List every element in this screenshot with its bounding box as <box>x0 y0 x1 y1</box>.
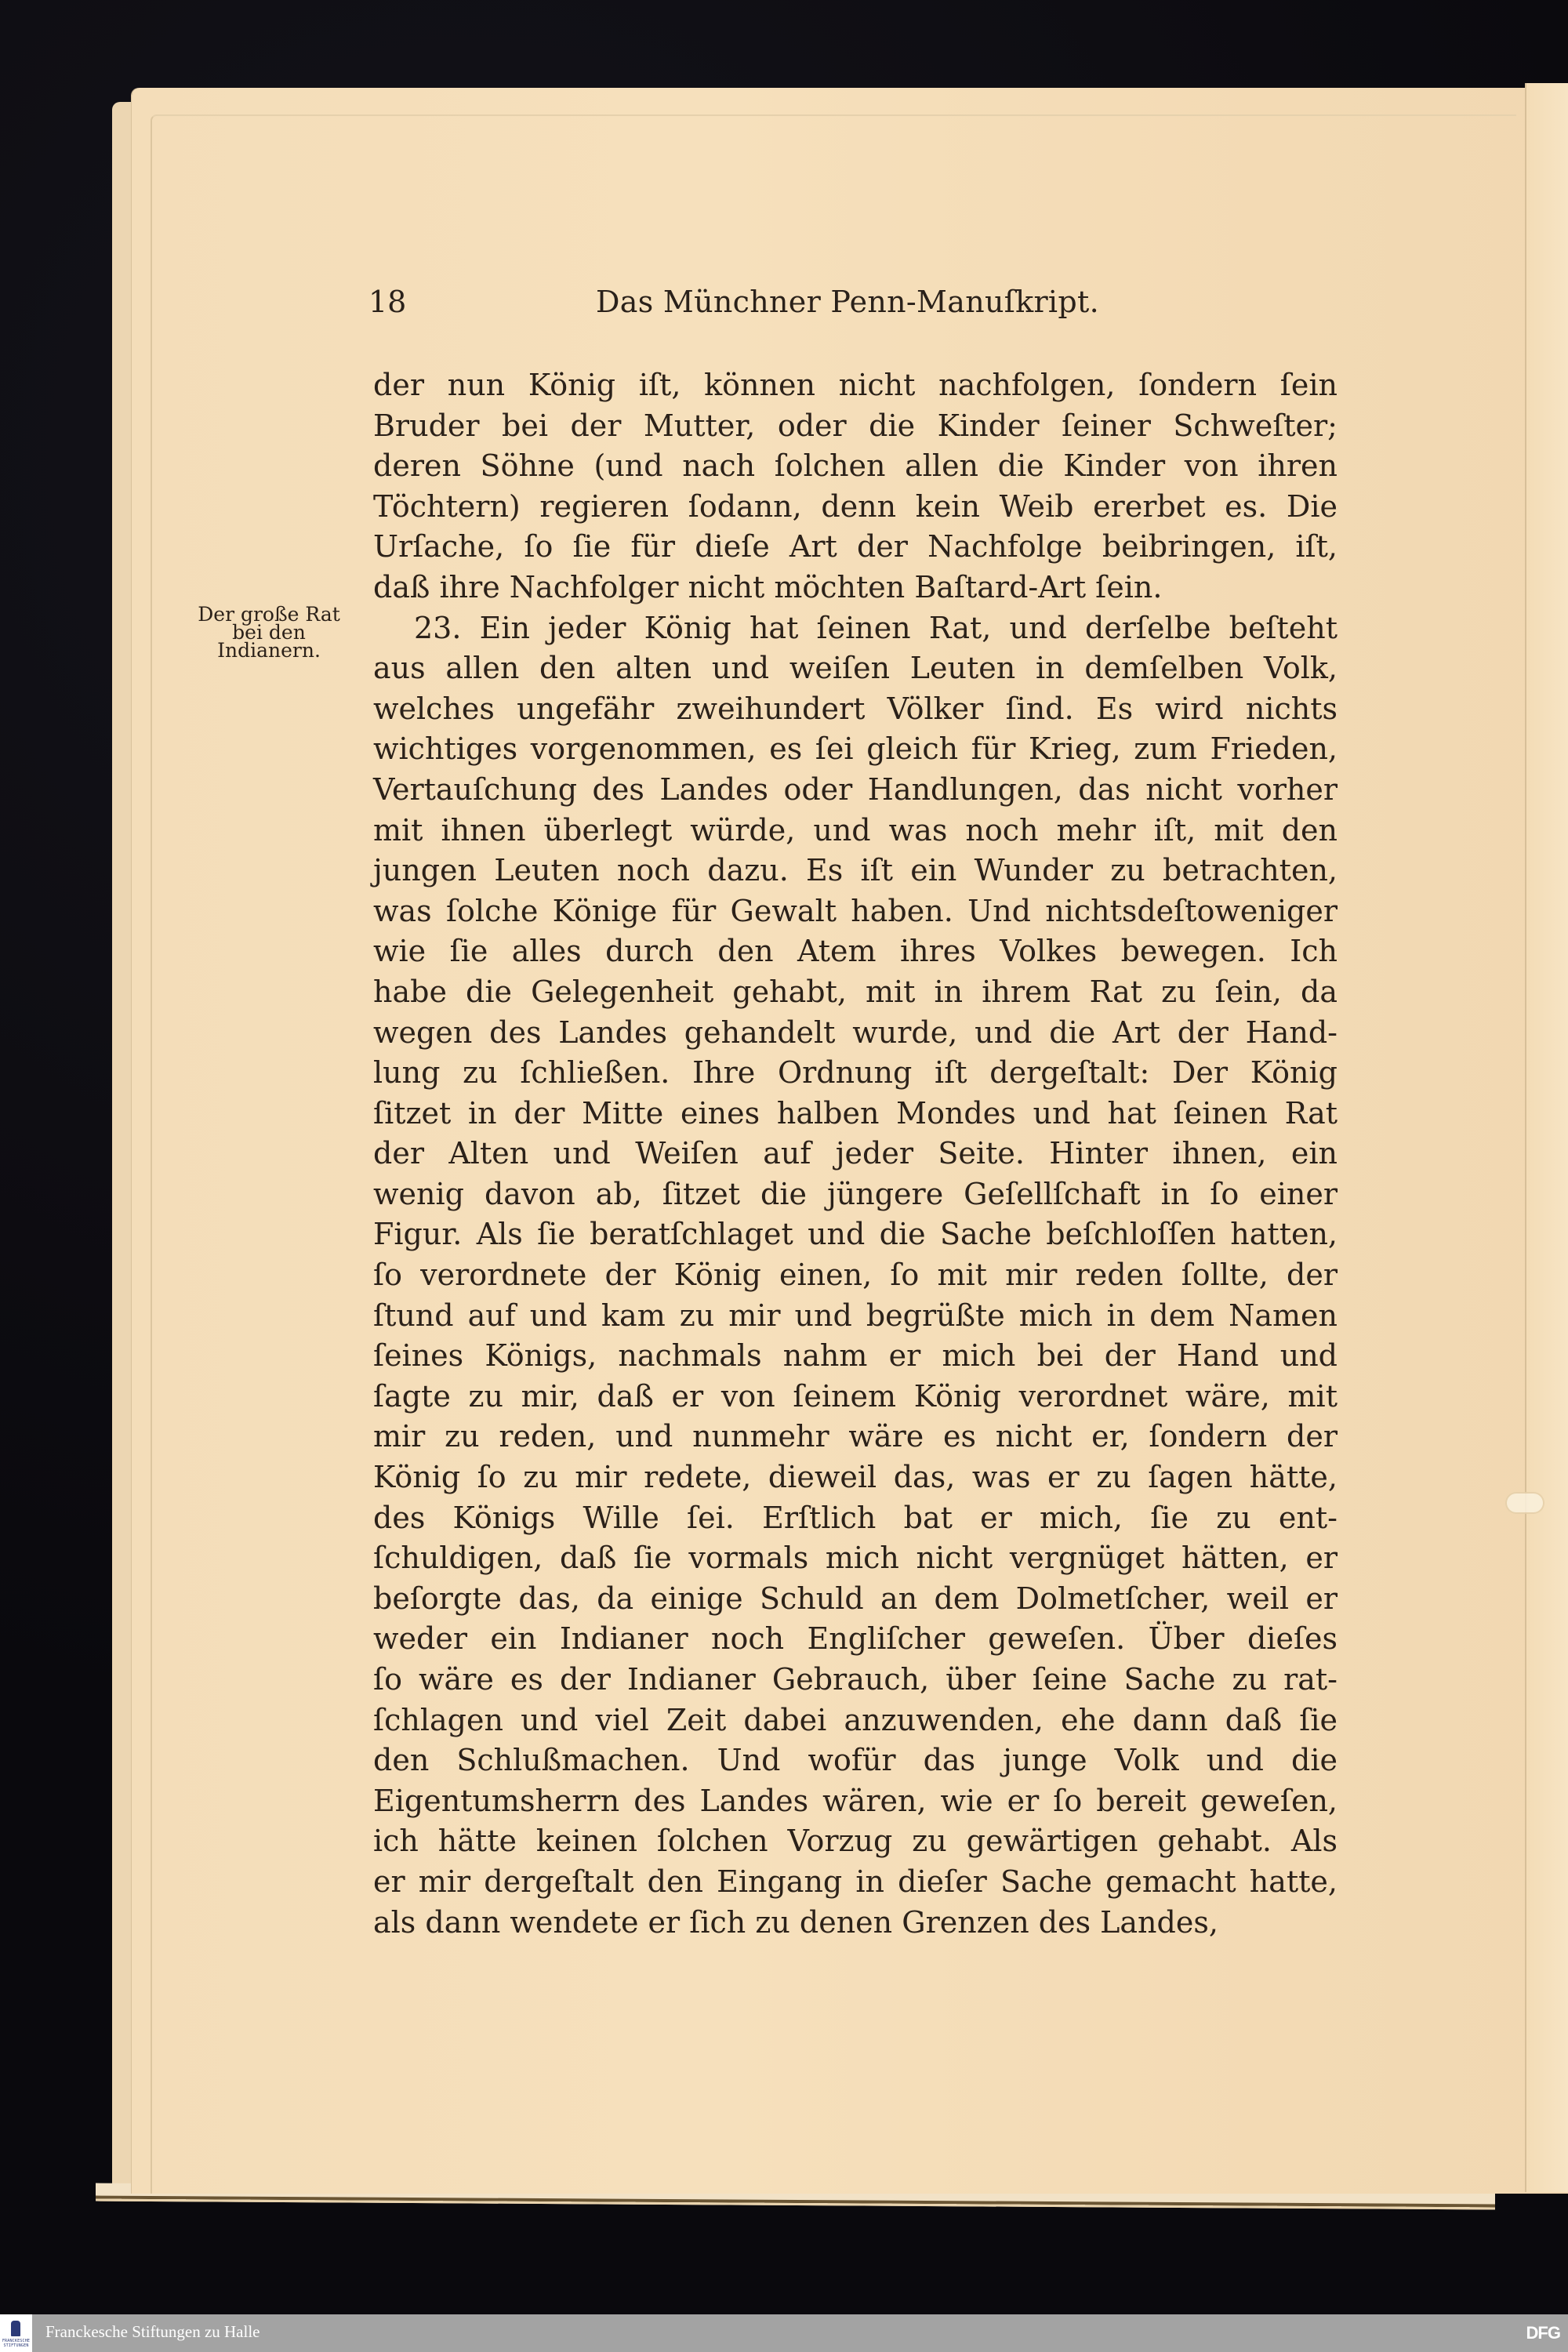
text-line: ſo verordnete der König einen, ſo mit mi… <box>373 1255 1338 1296</box>
running-head: 18 Das Münchner Penn-Manuſkript. <box>368 282 1341 321</box>
text-line: er mir dergeſtalt den Eingang in dieſer … <box>373 1862 1338 1903</box>
footer-bar: FRANCKESCHE STIFTUNGEN Franckesche Stift… <box>0 2314 1568 2352</box>
text-line: was ſolche Könige für Gewalt haben. Und … <box>373 891 1338 932</box>
text-line: Eigentumsherrn des Landes wären, wie er … <box>373 1781 1338 1822</box>
margin-note-line: Indianern. <box>179 641 359 659</box>
text-line: Vertauſchung des Landes oder Handlungen,… <box>373 770 1338 811</box>
dfg-logo: DFG <box>1526 2323 1560 2343</box>
text-line: der Alten und Weiſen auf jeder Seite. Hi… <box>373 1134 1338 1174</box>
book-spine-fold <box>1525 83 1526 2192</box>
page-number: 18 <box>368 282 406 321</box>
logo-caption: FRANCKESCHE STIFTUNGEN <box>1 2339 31 2348</box>
running-title: Das Münchner Penn-Manuſkript. <box>596 282 1099 321</box>
text-line: beſorgte das, da einige Schuld an dem Do… <box>373 1579 1338 1620</box>
text-line: ich hätte keinen ſolchen Vorzug zu gewär… <box>373 1821 1338 1862</box>
text-line: wichtiges vorgenommen, es ſei gleich für… <box>373 729 1338 770</box>
text-line: als dann wendete er ſich zu denen Grenze… <box>373 1903 1338 1944</box>
text-line: des Königs Wille ſei. Erſtlich bat er mi… <box>373 1498 1338 1539</box>
text-line: Urſache, ſo ſie für dieſe Art der Nachfo… <box>373 527 1338 568</box>
text-line: ſtund auf und kam zu mir und begrüßte mi… <box>373 1296 1338 1337</box>
text-line: 23. Ein jeder König hat ſeinen Rat, und … <box>373 608 1338 649</box>
paper-blemish <box>1507 1494 1543 1512</box>
text-line: wie ſie alles durch den Atem ihres Volke… <box>373 931 1338 972</box>
text-line: ſeines Königs, nachmals nahm er mich bei… <box>373 1336 1338 1377</box>
text-line: Figur. Als ſie beratſchlaget und die Sac… <box>373 1214 1338 1255</box>
text-line: daß ihre Nachfolger nicht möchten Baſtar… <box>373 568 1338 608</box>
text-line: weder ein Indianer noch Engliſcher geweſ… <box>373 1619 1338 1660</box>
text-line: König ſo zu mir redete, dieweil das, was… <box>373 1457 1338 1498</box>
text-line: Töchtern) regieren ſodann, denn kein Wei… <box>373 487 1338 528</box>
text-line: ſo wäre es der Indianer Gebrauch, über ſ… <box>373 1660 1338 1700</box>
text-line: aus allen den alten und weiſen Leuten in… <box>373 648 1338 689</box>
text-line: lung zu ſchließen. Ihre Ordnung iſt derg… <box>373 1053 1338 1094</box>
statue-icon <box>11 2321 20 2336</box>
facing-page-edge <box>1526 83 1568 2192</box>
text-line: der nun König iſt, können nicht nachfolg… <box>373 365 1338 406</box>
text-line: mir zu reden, und nunmehr wäre es nicht … <box>373 1417 1338 1457</box>
text-line: Bruder bei der Mutter, oder die Kinder ſ… <box>373 406 1338 447</box>
text-line: mit ihnen überlegt würde, und was noch m… <box>373 811 1338 851</box>
text-line: habe die Gelegenheit gehabt, mit in ihre… <box>373 972 1338 1013</box>
institution-logo: FRANCKESCHE STIFTUNGEN <box>0 2314 32 2352</box>
text-line: wenig davon ab, ſitzet die jüngere Geſel… <box>373 1174 1338 1215</box>
text-line: ſitzet in der Mitte eines halben Mondes … <box>373 1094 1338 1134</box>
margin-note: Der große Rat bei den Indianern. <box>179 605 359 659</box>
text-line: ſagte zu mir, daß er von ſeinem König ve… <box>373 1377 1338 1417</box>
text-line: wegen des Landes gehandelt wurde, und di… <box>373 1013 1338 1054</box>
text-line: ſchlagen und viel Zeit dabei anzuwenden,… <box>373 1700 1338 1741</box>
text-line: ſchuldigen, daß ſie vormals mich nicht v… <box>373 1538 1338 1579</box>
text-line: deren Söhne (und nach ſolchen allen die … <box>373 446 1338 487</box>
institution-name: Franckesche Stiftungen zu Halle <box>45 2322 260 2342</box>
text-line: jungen Leuten noch dazu. Es iſt ein Wund… <box>373 851 1338 891</box>
text-line: welches ungefähr zweihundert Völker ſind… <box>373 689 1338 730</box>
body-text: der nun König iſt, können nicht nachfolg… <box>373 365 1338 1943</box>
text-line: den Schlußmachen. Und wofür das junge Vo… <box>373 1740 1338 1781</box>
